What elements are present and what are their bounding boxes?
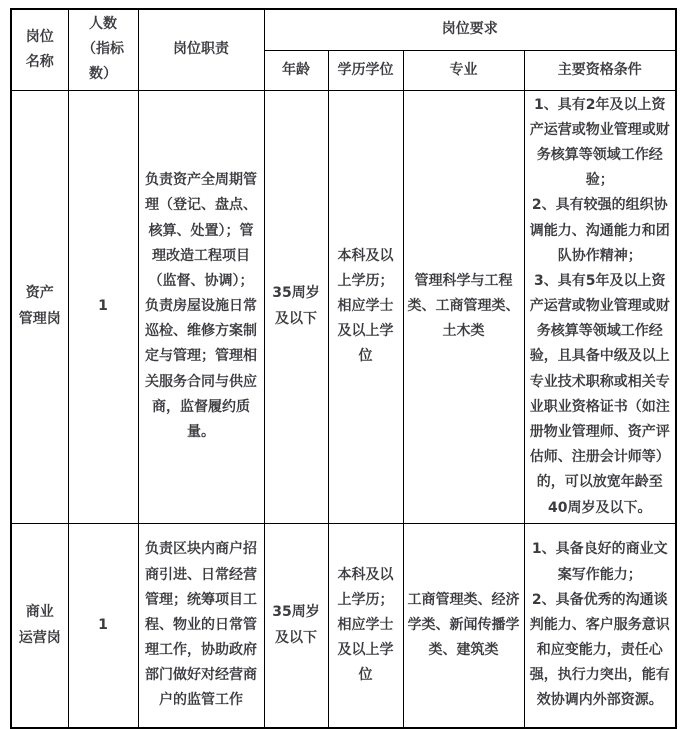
header-qualifications: 主要资格条件 <box>524 51 676 91</box>
cell-headcount: 1 <box>68 90 138 523</box>
table-row-asset-management: 资产 管理岗 1 负责资产全周期管理（登记、盘点、核算、处置）；管理改造工程项目… <box>11 90 676 523</box>
cell-education: 本科及以上学历；相应学士及以上学位 <box>328 523 403 728</box>
recruitment-table: 岗位 名称 人数 （指标 数） 岗位职责 岗位要求 年龄 学历学位 专业 主要资… <box>10 8 677 729</box>
header-row-top: 岗位 名称 人数 （指标 数） 岗位职责 岗位要求 <box>11 9 676 51</box>
cell-position: 商业 运营岗 <box>11 523 68 728</box>
header-requirements-group: 岗位要求 <box>264 9 676 51</box>
cell-duties: 负责资产全周期管理（登记、盘点、核算、处置）；管理改造工程项目（监督、协调）；负… <box>138 90 264 523</box>
cell-duties: 负责区块内商户招商引进、日常经营管理；统筹项目工程、物业的日常管理工作，协助政府… <box>138 523 264 728</box>
cell-major: 工商管理类、经济学类、新闻传播学类、建筑类 <box>403 523 524 728</box>
header-major: 专业 <box>403 51 524 91</box>
cell-qualifications: 1、具有2年及以上资产运营或物业管理或财务核算等领域工作经验； 2、具有较强的组… <box>524 90 676 523</box>
header-duties: 岗位职责 <box>138 9 264 90</box>
cell-education: 本科及以上学历；相应学士及以上学位 <box>328 90 403 523</box>
recruitment-document: 岗位 名称 人数 （指标 数） 岗位职责 岗位要求 年龄 学历学位 专业 主要资… <box>0 0 683 686</box>
cell-position: 资产 管理岗 <box>11 90 68 523</box>
header-education: 学历学位 <box>328 51 403 91</box>
header-headcount: 人数 （指标 数） <box>68 9 138 90</box>
cell-major: 管理科学与工程类、工商管理类、土木类 <box>403 90 524 523</box>
header-position-name: 岗位 名称 <box>11 9 68 90</box>
table-row-commercial-operations: 商业 运营岗 1 负责区块内商户招商引进、日常经营管理；统筹项目工程、物业的日常… <box>11 523 676 728</box>
cell-age: 35周岁 及以下 <box>264 90 328 523</box>
cell-age: 35周岁 及以下 <box>264 523 328 728</box>
cell-qualifications: 1、具备良好的商业文案写作能力； 2、具备优秀的沟通谈判能力、客户服务意识和应变… <box>524 523 676 728</box>
header-age: 年龄 <box>264 51 328 91</box>
cell-headcount: 1 <box>68 523 138 728</box>
